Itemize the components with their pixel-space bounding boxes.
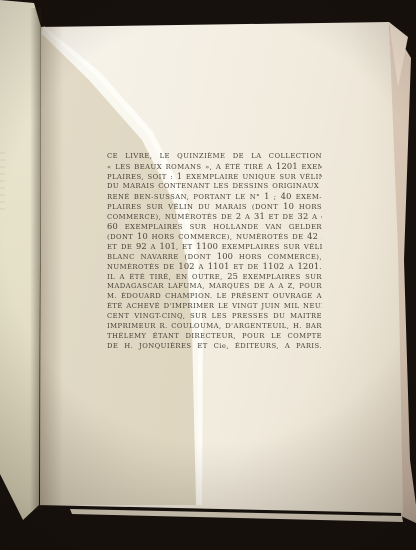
- colophon-line: 60 EXEMPLAIRES SUR HOLLANDE VAN GELDER: [107, 221, 322, 231]
- colophon-line: CENT VINGT-CINQ, SUR LES PRESSES DU MAIT…: [107, 311, 322, 321]
- colophon-line: THÉLEMY ÉTANT DIRECTEUR, POUR LE COMPTE: [107, 331, 322, 341]
- colophon-text-block: CE LIVRE, LE QUINZIÈME DE LA COLLECTION«…: [107, 151, 322, 351]
- colophon-line: ET DE 92 A 101, ET 1100 EXEMPLAIRES SUR …: [107, 241, 322, 251]
- book-photo: CE LIVRE, LE QUINZIÈME DE LA COLLECTION«…: [0, 0, 416, 550]
- colophon-line: « LES BEAUX ROMANS », A ÉTÉ TIRÉ A 1201 …: [107, 161, 322, 171]
- colophon-line: M. ÉDOUARD CHAMPION. LE PRÉSENT OUVRAGE …: [107, 291, 322, 301]
- colophon-line: COMMERCE), NUMÉROTÉS DE 2 A 31 ET DE 32 …: [107, 211, 322, 221]
- colophon-line: IMPRIMEUR R. COULOUMA, D'ARGENTEUIL, H. …: [107, 321, 322, 331]
- colophon-line: DE H. JONQUIÈRES ET Cie, ÉDITEURS, A PAR…: [107, 341, 322, 351]
- colophon-line: MADAGASCAR LAFUMA, MARQUÉS DE A A Z, POU…: [107, 281, 322, 291]
- colophon-line: NUMÉROTÉS DE 102 A 1101 ET DE 1102 A 120…: [107, 261, 322, 271]
- colophon-line: BLANC NAVARRE (DONT 100 HORS COMMERCE),: [107, 251, 322, 261]
- colophon-line: PLAIRES, SOIT : 1 EXEMPLAIRE UNIQUE SUR …: [107, 171, 322, 181]
- colophon-line: (DONT 10 HORS COMMERCE), NUMÉROTÉS DE 42…: [107, 231, 322, 241]
- colophon-line: DU MARAIS CONTENANT LES DESSINS ORIGINAU…: [107, 181, 322, 191]
- colophon-line: ÉTÉ ACHEVÉ D'IMPRIMER LE VINGT JUIN MIL …: [107, 301, 322, 311]
- colophon-line: RENÉ BEN-SUSSAN, PORTANT LE N° 1 ; 40 EX…: [107, 191, 322, 201]
- colophon-line: PLAIRES SUR VÉLIN DU MARAIS (DONT 10 HOR…: [107, 201, 322, 211]
- colophon-line: CE LIVRE, LE QUINZIÈME DE LA COLLECTION: [107, 151, 322, 161]
- adjacent-page-edge-marks: [0, 152, 5, 212]
- colophon-line: IL A ÉTÉ TIRÉ, EN OUTRE, 25 EXEMPLAIRES …: [107, 271, 322, 281]
